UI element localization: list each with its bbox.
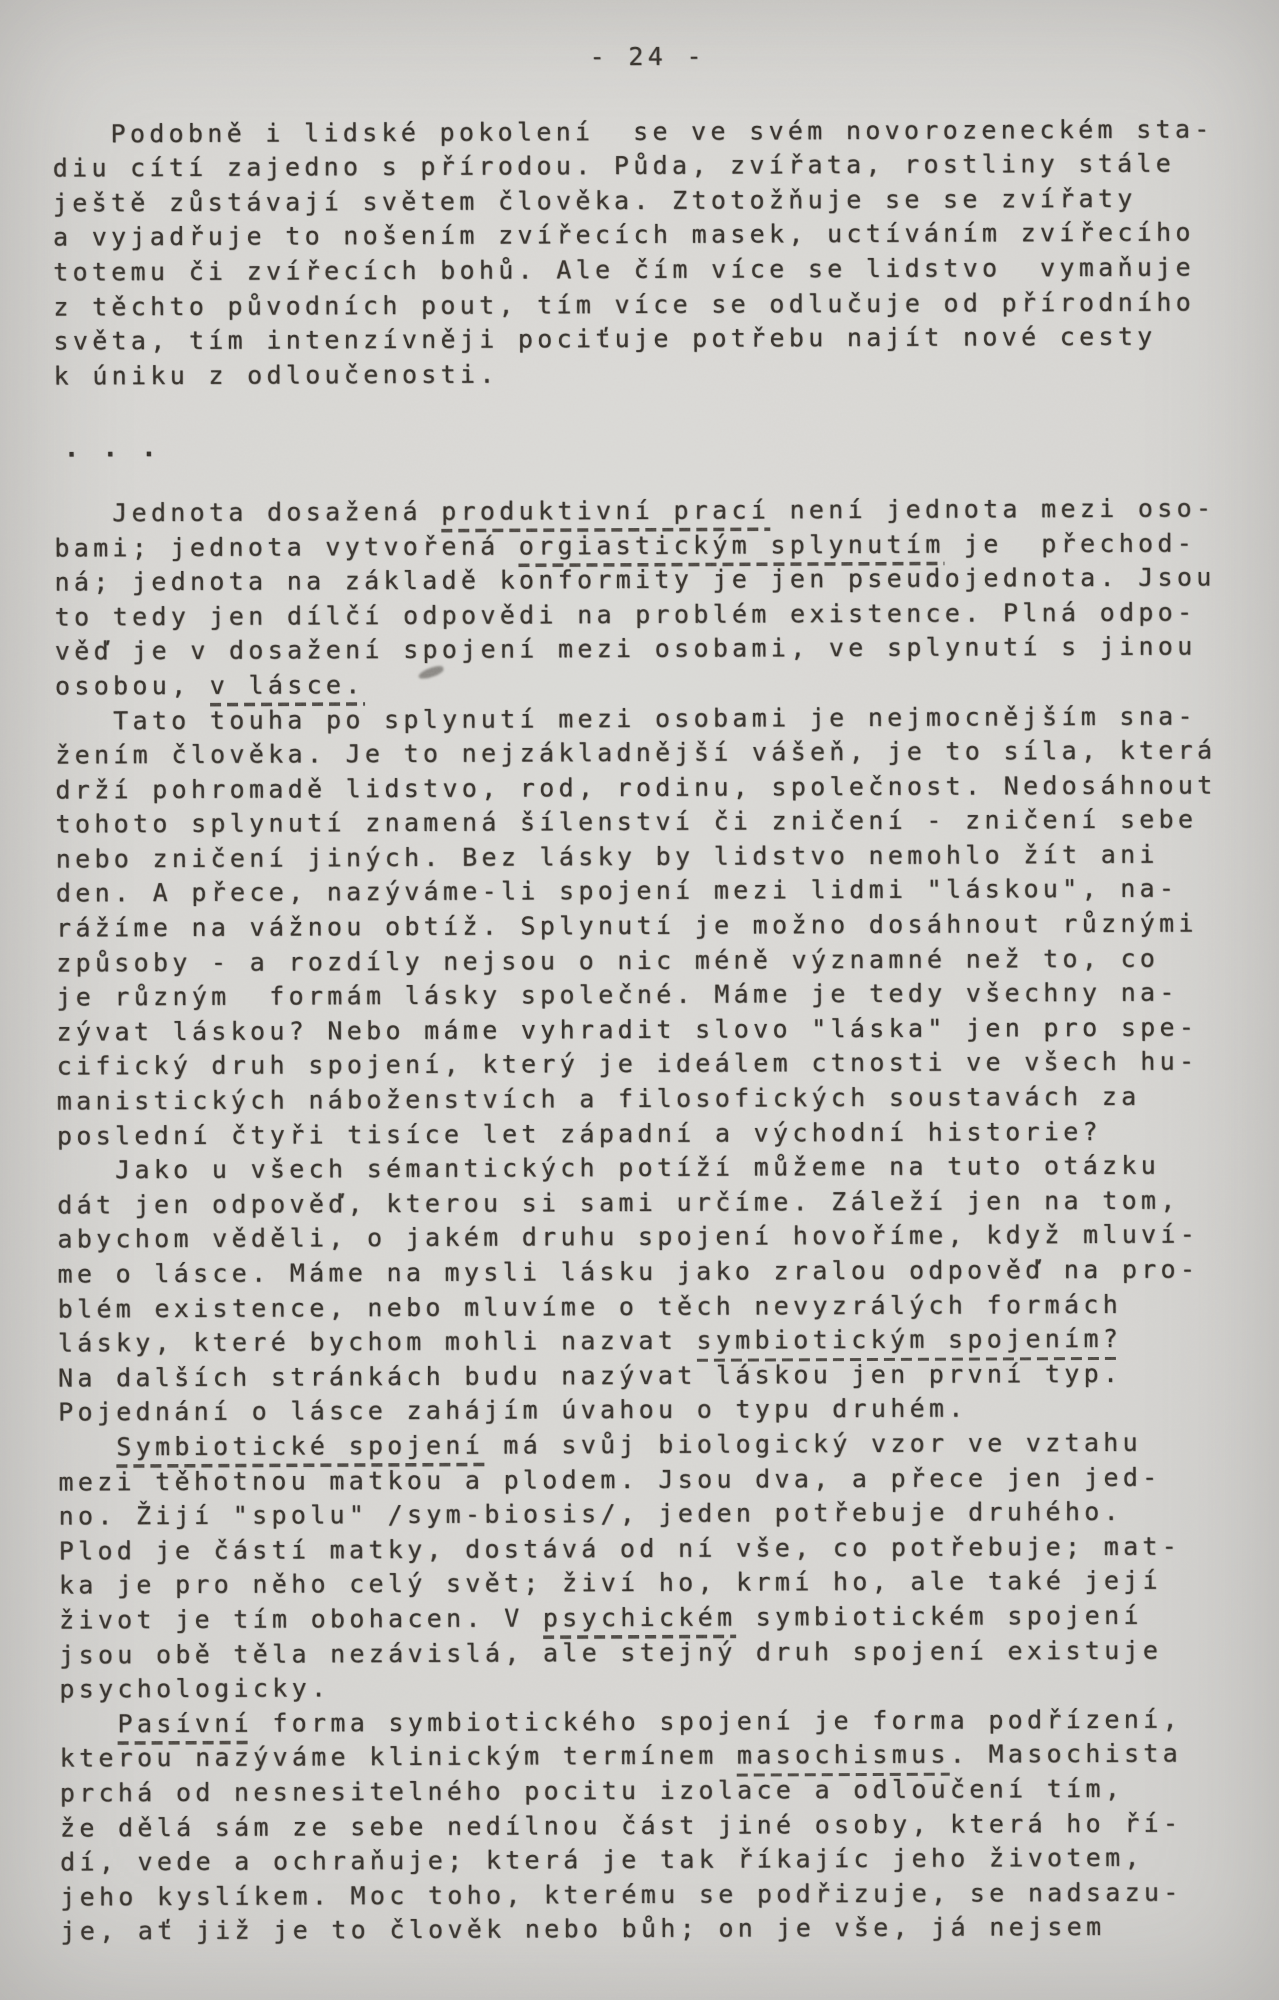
text-segment: forma symbiotického spojení je forma pod… bbox=[253, 1704, 1182, 1737]
text-line: Pojednání o lásce zahájím úvahou o typu … bbox=[58, 1391, 1279, 1431]
text-segment: totemu či zvířecích bohů. Ale čím více s… bbox=[53, 253, 1195, 287]
text-line: psychologicky. bbox=[59, 1667, 1279, 1707]
paragraph: Jako u všech sémantických potíží můžeme … bbox=[57, 1148, 1279, 1430]
text-segment: . Masochista bbox=[950, 1739, 1182, 1769]
text-segment: me o lásce. Máme na mysli lásku jako zra… bbox=[57, 1255, 1199, 1289]
document-body: Podobně i lidské pokolení se ve svém nov… bbox=[53, 112, 1279, 1950]
text-line: Plod je částí matky, dostává od ní vše, … bbox=[59, 1529, 1279, 1569]
text-line: dí, vede a ochraňuje; která je tak říkaj… bbox=[60, 1840, 1279, 1880]
text-line: mezi těhotnou matkou a plodem. Jsou dva,… bbox=[58, 1460, 1279, 1500]
text-segment: to tedy jen dílčí odpovědi na problém ex… bbox=[55, 597, 1197, 631]
text-line: cifický druh spojení, který je ideálem c… bbox=[57, 1045, 1279, 1085]
text-segment: žením člověka. Je to nejzákladnější váše… bbox=[55, 736, 1216, 770]
text-line: abychom věděli, o jakém druhu spojení ho… bbox=[57, 1218, 1279, 1258]
text-segment: symbiotickém spojení bbox=[736, 1601, 1143, 1632]
underlined-text: produktivní prací bbox=[441, 495, 770, 532]
text-line: Jednota dosažená produktivní prací není … bbox=[54, 491, 1279, 531]
text-segment: z těchto původních pout, tím více se odl… bbox=[53, 287, 1195, 321]
text-segment: Jako u všech sémantických potíží můžeme … bbox=[115, 1151, 1160, 1185]
text-segment: psychologicky. bbox=[59, 1673, 330, 1703]
text-segment: no. Žijí "spolu" /sym-biosis/, jeden pot… bbox=[59, 1497, 1123, 1531]
text-segment: dí, vede a ochraňuje; která je tak říkaj… bbox=[60, 1843, 1144, 1877]
text-line: způsoby - a rozdíly nejsou o nic méně vý… bbox=[56, 941, 1279, 981]
text-segment: lásky, které bychom mohli nazvat bbox=[58, 1326, 697, 1358]
underlined-text: v lásce. bbox=[210, 670, 365, 707]
text-line: žením člověka. Je to nejzákladnější váše… bbox=[55, 733, 1279, 773]
text-segment: k úniku z odloučenosti. bbox=[54, 359, 499, 390]
text-line: zývat láskou? Nebo máme vyhradit slovo "… bbox=[56, 1010, 1279, 1050]
text-line: tohoto splynutí znamená šílenství či zni… bbox=[56, 802, 1279, 842]
text-segment: Plod je částí matky, dostává od ní vše, … bbox=[59, 1531, 1181, 1565]
text-segment: Pojednání o lásce zahájím úvahou o typu … bbox=[58, 1394, 968, 1427]
text-segment: má svůj biologický vzor ve vztahu bbox=[484, 1428, 1142, 1460]
text-line: světa, tím intenzívněji pociťuje potřebu… bbox=[53, 319, 1279, 359]
text-line: k úniku z odloučenosti. bbox=[54, 354, 1279, 394]
text-segment: prchá od nesnesitelného pocitu izolace a… bbox=[60, 1774, 1124, 1808]
text-segment: zývat láskou? Nebo máme vyhradit slovo "… bbox=[56, 1012, 1198, 1046]
document-text: - 24 - Podobně i lidské pokolení se ve s… bbox=[0, 0, 1279, 1950]
text-segment: manistických náboženstvích a filosofický… bbox=[57, 1082, 1141, 1116]
text-segment: mezi těhotnou matkou a plodem. Jsou dva,… bbox=[58, 1462, 1161, 1496]
text-line: jsou obě těla nezávislá, ale stejný druh… bbox=[59, 1633, 1279, 1673]
text-segment: věď je v dosažení spojení mezi osobami, … bbox=[55, 632, 1197, 666]
text-line: blém existence, nebo mluvíme o těch nevy… bbox=[58, 1287, 1279, 1327]
text-line: lásky, které bychom mohli nazvat symbiot… bbox=[58, 1321, 1279, 1361]
text-segment: je, ať již je to člověk nebo bůh; on je … bbox=[60, 1912, 1105, 1946]
text-segment: způsoby - a rozdíly nejsou o nic méně vý… bbox=[56, 943, 1159, 977]
underlined-text: psychickém bbox=[543, 1603, 737, 1640]
text-line: bami; jednota vytvořená orgiastickým spl… bbox=[54, 526, 1279, 566]
text-segment: poslední čtyři tisíce let západní a vých… bbox=[57, 1117, 1102, 1151]
text-line: Symbiotické spojení má svůj biologický v… bbox=[58, 1425, 1279, 1465]
text-line: totemu či zvířecích bohů. Ale čím více s… bbox=[53, 250, 1279, 290]
text-segment: ještě zůstávají světem člověka. Ztotožňu… bbox=[53, 184, 1137, 218]
text-line: život je tím obohacen. V psychickém symb… bbox=[59, 1598, 1279, 1638]
text-segment: jsou obě těla nezávislá, ale stejný druh… bbox=[59, 1635, 1162, 1669]
text-segment: je různým formám lásky společné. Máme je… bbox=[56, 978, 1178, 1012]
text-line: je různým formám lásky společné. Máme je… bbox=[56, 975, 1279, 1015]
text-line: že dělá sám ze sebe nedílnou část jiné o… bbox=[60, 1806, 1279, 1846]
text-line: Jako u všech sémantických potíží můžeme … bbox=[57, 1148, 1279, 1188]
text-segment: kterou nazýváme klinickým termínem bbox=[60, 1741, 737, 1773]
text-segment: cifický druh spojení, který je ideálem c… bbox=[57, 1047, 1199, 1081]
text-line: to tedy jen dílčí odpovědi na problém ex… bbox=[55, 595, 1279, 635]
text-line: z těchto původních pout, tím více se odl… bbox=[53, 285, 1279, 325]
text-line: Tato touha po splynutí mezi osobami je n… bbox=[55, 699, 1279, 739]
text-line: Pasívní forma symbiotického spojení je f… bbox=[59, 1702, 1279, 1742]
text-segment: Tato touha po splynutí mezi osobami je n… bbox=[113, 701, 1197, 735]
text-segment: abychom věděli, o jakém druhu spojení ho… bbox=[57, 1220, 1199, 1254]
separator-dots: . . . bbox=[54, 427, 1279, 467]
text-line: jeho kyslíkem. Moc toho, kterému se podř… bbox=[60, 1875, 1279, 1915]
text-line: Na dalších stránkách budu nazývat láskou… bbox=[58, 1356, 1279, 1396]
underlined-text: masochismus bbox=[737, 1740, 950, 1777]
text-line: kterou nazýváme klinickým termínem masoc… bbox=[60, 1737, 1279, 1777]
text-segment: diu cítí zajedno s přírodou. Půda, zvířa… bbox=[53, 149, 1175, 183]
text-segment: jeho kyslíkem. Moc toho, kterému se podř… bbox=[60, 1877, 1182, 1911]
text-segment: že dělá sám ze sebe nedílnou část jiné o… bbox=[60, 1808, 1182, 1842]
text-segment: dát jen odpověď, kterou si sami určíme. … bbox=[57, 1185, 1179, 1219]
paragraph: Pasívní forma symbiotického spojení je f… bbox=[59, 1702, 1279, 1950]
text-line: no. Žijí "spolu" /sym-biosis/, jeden pot… bbox=[59, 1494, 1279, 1534]
text-segment: den. A přece, nazýváme-li spojení mezi l… bbox=[56, 874, 1178, 908]
text-line: me o lásce. Máme na mysli lásku jako zra… bbox=[57, 1252, 1279, 1292]
text-line: je, ať již je to člověk nebo bůh; on je … bbox=[60, 1909, 1279, 1949]
underlined-text: Symbiotické spojení bbox=[116, 1431, 484, 1469]
page-number: - 24 - bbox=[34, 37, 1261, 77]
text-segment: světa, tím intenzívněji pociťuje potřebu… bbox=[53, 322, 1156, 356]
text-segment: bami; jednota vytvořená bbox=[54, 531, 519, 562]
text-line: manistických náboženstvích a filosofický… bbox=[57, 1079, 1279, 1119]
text-line: den. A přece, nazýváme-li spojení mezi l… bbox=[56, 872, 1279, 912]
text-line: diu cítí zajedno s přírodou. Půda, zvířa… bbox=[53, 146, 1279, 186]
paragraph: Podobně i lidské pokolení se ve svém nov… bbox=[53, 112, 1279, 394]
text-segment: rážíme na vážnou obtíž. Splynutí je možn… bbox=[56, 909, 1198, 943]
text-line: nebo zničení jiných. Bez lásky by lidstv… bbox=[56, 837, 1279, 877]
text-segment: Podobně i lidské pokolení se ve svém nov… bbox=[111, 114, 1214, 148]
text-segment: Jednota dosažená bbox=[112, 497, 441, 527]
text-line: dát jen odpověď, kterou si sami určíme. … bbox=[57, 1183, 1279, 1223]
text-line: Podobně i lidské pokolení se ve svém nov… bbox=[53, 112, 1279, 152]
text-segment: není jednota mezi oso- bbox=[770, 493, 1215, 524]
text-line: poslední čtyři tisíce let západní a vých… bbox=[57, 1114, 1279, 1154]
text-segment: život je tím obohacen. V bbox=[59, 1603, 543, 1634]
text-line: věď je v dosažení spojení mezi osobami, … bbox=[55, 630, 1279, 670]
paragraph: Tato touha po splynutí mezi osobami je n… bbox=[55, 699, 1279, 1154]
text-line: ještě zůstávají světem člověka. Ztotožňu… bbox=[53, 181, 1279, 221]
text-line: rážíme na vážnou obtíž. Splynutí je možn… bbox=[56, 906, 1279, 946]
text-segment: tohoto splynutí znamená šílenství či zni… bbox=[56, 805, 1198, 839]
text-line: osobou, v lásce. bbox=[55, 664, 1279, 704]
text-segment: Na dalších stránkách budu nazývat láskou… bbox=[58, 1359, 1122, 1393]
paragraph: Symbiotické spojení má svůj biologický v… bbox=[58, 1425, 1279, 1707]
text-segment: blém existence, nebo mluvíme o těch nevy… bbox=[58, 1290, 1122, 1324]
text-segment: osobou, bbox=[55, 671, 210, 701]
underlined-text: Pasívní bbox=[117, 1708, 253, 1745]
text-segment: je přechod- bbox=[944, 528, 1196, 558]
paragraph: Jednota dosažená produktivní prací není … bbox=[54, 491, 1279, 704]
text-segment: nebo zničení jiných. Bez lásky by lidstv… bbox=[56, 840, 1159, 874]
text-line: a vyjadřuje to nošením zvířecích masek, … bbox=[53, 216, 1279, 256]
text-segment: drží pohromadě lidstvo, rod, rodinu, spo… bbox=[55, 770, 1216, 804]
text-line: ná; jednota na základě konformity je jen… bbox=[54, 560, 1279, 600]
text-line: ka je pro něho celý svět; živí ho, krmí … bbox=[59, 1564, 1279, 1604]
text-segment: ná; jednota na základě konformity je jen… bbox=[54, 563, 1215, 597]
text-line: drží pohromadě lidstvo, rod, rodinu, spo… bbox=[55, 768, 1279, 808]
text-line: prchá od nesnesitelného pocitu izolace a… bbox=[60, 1771, 1279, 1811]
text-segment: a vyjadřuje to nošením zvířecích masek, … bbox=[53, 218, 1195, 252]
text-segment: ka je pro něho celý svět; živí ho, krmí … bbox=[59, 1566, 1162, 1600]
